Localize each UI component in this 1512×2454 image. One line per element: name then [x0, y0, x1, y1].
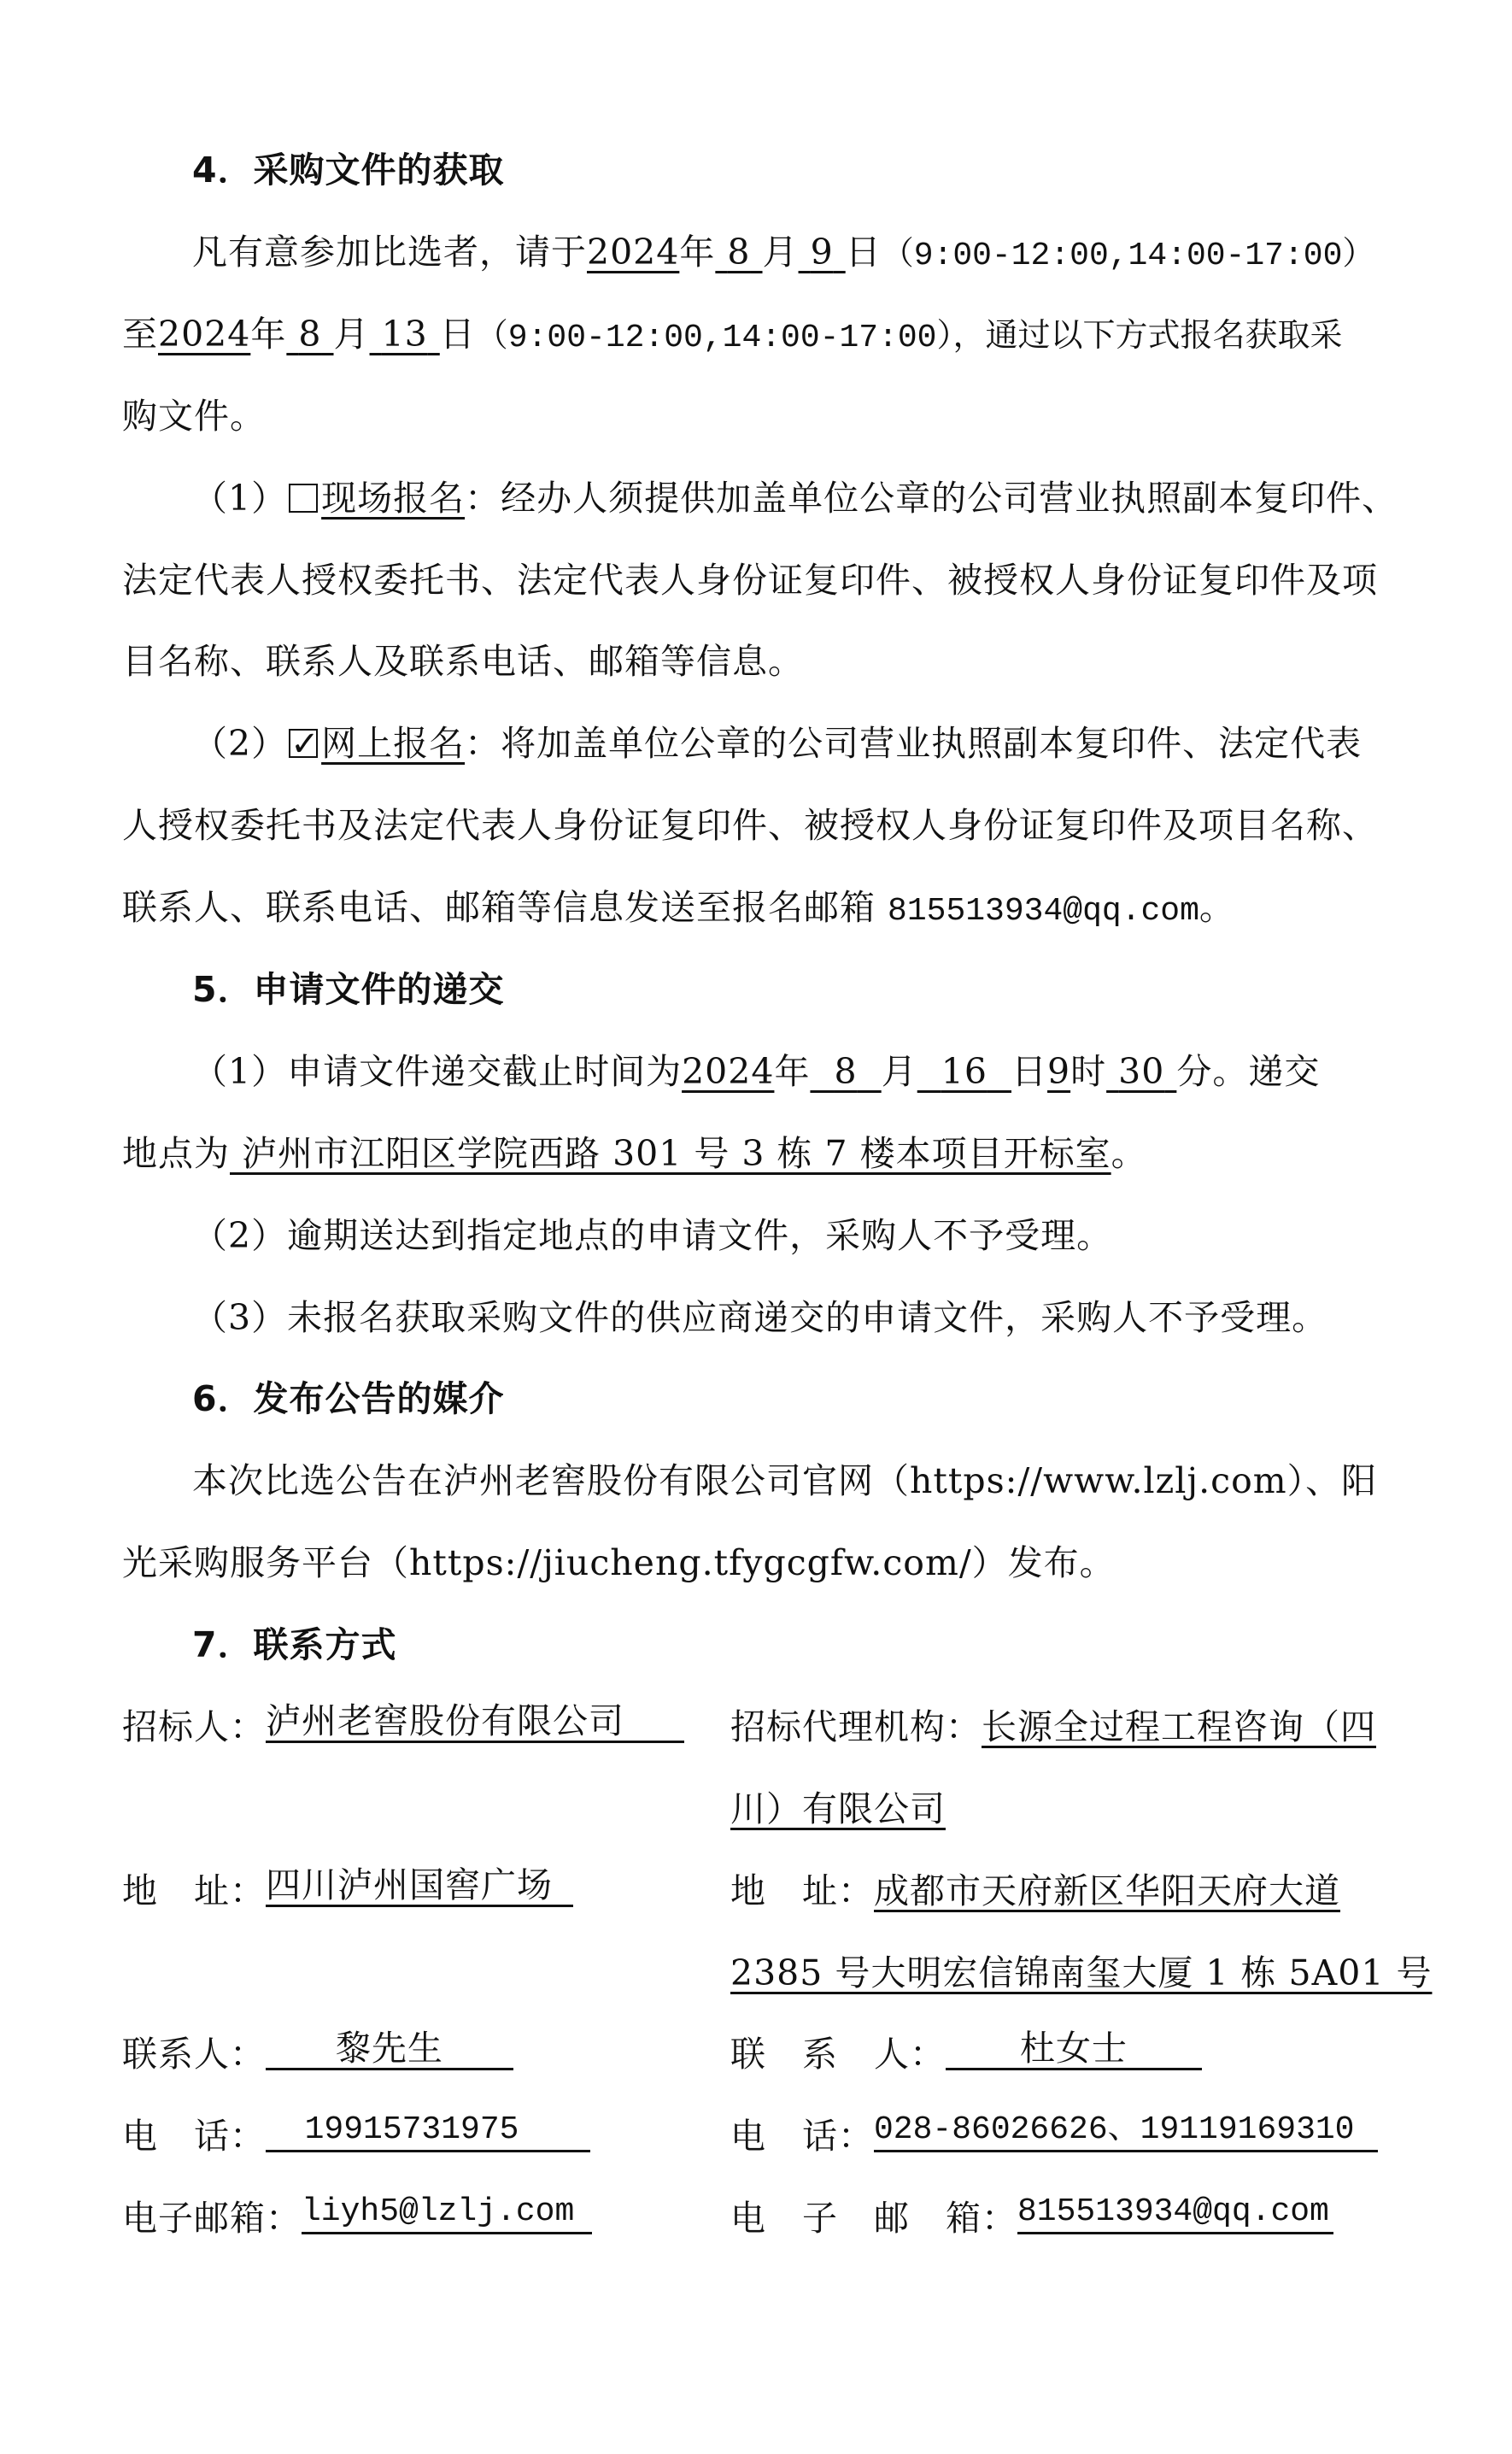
deadline-minute-value: 30 — [1118, 1051, 1164, 1092]
text: 。 — [1199, 887, 1235, 928]
registration-email[interactable]: 815513934@qq.com — [888, 893, 1199, 930]
deadline-year: 2024 — [682, 1051, 774, 1092]
text: 地点为 — [122, 1133, 230, 1174]
deadline-hour: 9 — [1047, 1051, 1070, 1092]
option-online-line-3: 联系人、联系电话、邮箱等信息发送至报名邮箱 815513934@qq.com。 — [122, 882, 1386, 933]
tenderer-email-value[interactable]: liyh5@lzlj.com — [302, 2193, 592, 2234]
field-label: 电 子 邮 箱： — [730, 2198, 1017, 2239]
agency-row: 招标代理机构：长源全过程工程咨询（四 — [730, 1701, 1388, 1752]
text: ：将加盖单位公章的公司营业执照副本复印件、法定代表 — [465, 723, 1362, 764]
s4-para-line-1: 凡有意参加比选者，请于2024年 8 月 9 日（9:00-12:00,14:0… — [192, 226, 1386, 278]
deadline-day-value: 16 — [941, 1051, 987, 1092]
unregistered-note: （3）未报名获取采购文件的供应商递交的申请文件，采购人不予受理。 — [192, 1292, 1386, 1343]
field-label: 招标代理机构： — [730, 1706, 982, 1747]
field-label: 电 话： — [730, 2116, 874, 2157]
text: 月 — [763, 232, 799, 273]
text: 日 — [1011, 1051, 1047, 1092]
agency-contact-value: 杜女士 — [946, 2028, 1202, 2070]
onsite-registration-option[interactable]: 现场报名 — [287, 478, 465, 519]
tenderer-value: 泸州老窖股份有限公司 — [266, 1701, 684, 1743]
agency-address-line-2: 2385 号大明宏信锦南玺大厦 1 栋 5A01 号 — [730, 1952, 1432, 1993]
agency-value-line-2: 川）有限公司 — [730, 1788, 946, 1829]
text: 至 — [122, 314, 158, 355]
deadline-line-2: 地点为 泸州市江阳区学院西路 301 号 3 栋 7 楼本项目开标室。 — [122, 1128, 1386, 1179]
section-4-heading: 4．采购文件的获取 — [192, 144, 1386, 196]
text: 分。递交 — [1176, 1051, 1320, 1092]
phone-number: 19915731975 — [305, 2111, 519, 2148]
end-time: （9:00-12:00,14:00-17:00），通过以下方式报名获取采 — [476, 320, 1343, 356]
deadline-minute: 30 — [1106, 1051, 1176, 1092]
late-submission-note: （2）逾期送达到指定地点的申请文件，采购人不予受理。 — [192, 1210, 1386, 1261]
text: ：经办人须提供加盖单位公章的公司营业执照副本复印件、 — [465, 478, 1398, 519]
tenderer-email-row: 电子邮箱：liyh5@lzlj.com — [122, 2193, 720, 2244]
option-onsite-line-3: 目名称、联系人及联系电话、邮箱等信息。 — [122, 636, 1386, 687]
text: 。 — [1111, 1133, 1147, 1174]
text: 凡有意参加比选者，请于 — [192, 232, 587, 273]
online-registration-option[interactable]: 网上报名 — [287, 723, 465, 764]
s4-para-line-2: 至2024年 8 月 13 日（9:00-12:00,14:00-17:00），… — [122, 308, 1386, 360]
deadline-line-1: （1）申请文件递交截止时间为2024年 8 月 16 日9时 30 分。递交 — [192, 1046, 1386, 1097]
text: 年 — [679, 232, 715, 273]
field-label: 地 址： — [122, 1870, 266, 1911]
media-line-2: 光采购服务平台（https://jiucheng.tfygcgfw.com/）发… — [122, 1537, 1386, 1588]
agency-address-line-1: 成都市天府新区华阳天府大道 — [874, 1870, 1340, 1911]
text: 时 — [1070, 1051, 1106, 1092]
start-month: 8 — [715, 232, 762, 273]
start-month-value: 8 — [727, 232, 750, 273]
field-label: 电 话： — [122, 2116, 266, 2157]
agency-value-line-1: 长源全过程工程咨询（四 — [982, 1706, 1376, 1747]
option-onsite-line-1: （1）现场报名：经办人须提供加盖单位公章的公司营业执照副本复印件、 — [192, 473, 1386, 524]
checkbox-unchecked-icon[interactable] — [289, 484, 318, 513]
option-online-line-2: 人授权委托书及法定代表人身份证复印件、被授权人身份证复印件及项目名称、 — [122, 800, 1386, 851]
agency-address-row-2: 2385 号大明宏信锦南玺大厦 1 栋 5A01 号 — [730, 1947, 1388, 1999]
end-month: 8 — [286, 314, 333, 355]
tenderer-address-value: 四川泸州国窖广场 — [266, 1865, 573, 1907]
option-label: 现场报名 — [321, 478, 465, 519]
text: 年 — [774, 1051, 810, 1092]
tenderer-phone-row: 电 话： 19915731975 — [122, 2111, 720, 2162]
field-label: 联系人： — [122, 2034, 266, 2075]
submission-location: 泸州市江阳区学院西路 301 号 3 栋 7 楼本项目开标室 — [230, 1133, 1111, 1174]
tenderer-contact-value: 黎先生 — [266, 2028, 513, 2070]
start-year: 2024 — [587, 232, 679, 273]
option-online-line-1: （2）网上报名：将加盖单位公章的公司营业执照副本复印件、法定代表 — [192, 718, 1386, 769]
option-number: （2） — [192, 723, 287, 764]
field-label: 地 址： — [730, 1870, 874, 1911]
tenderer-phone-value: 19915731975 — [266, 2111, 590, 2152]
s4-para-line-3: 购文件。 — [122, 390, 1386, 442]
option-onsite-line-2: 法定代表人授权委托书、法定代表人身份证复印件、被授权人身份证复印件及项 — [122, 555, 1386, 606]
option-label: 网上报名 — [321, 723, 465, 764]
agency-email-value[interactable]: 815513934@qq.com — [1017, 2193, 1333, 2234]
deadline-day: 16 — [917, 1051, 1011, 1092]
tenderer-address-row: 地 址： 四川泸州国窖广场 — [122, 1865, 720, 1917]
start-time: （9:00-12:00,14:00-17:00） — [882, 238, 1375, 274]
start-day-value: 9 — [811, 232, 834, 273]
text: 日 — [846, 232, 882, 273]
deadline-month: 8 — [810, 1051, 881, 1092]
text: （1）申请文件递交截止时间为 — [192, 1051, 682, 1092]
section-6-heading: 6．发布公告的媒介 — [192, 1373, 1386, 1424]
field-label: 招标人： — [122, 1706, 266, 1747]
section-7-heading: 7．联系方式 — [192, 1619, 1386, 1670]
end-day: 13 — [370, 314, 440, 355]
field-label: 联 系 人： — [730, 2034, 946, 2075]
text: 月 — [882, 1051, 917, 1092]
agency-row-2: 川）有限公司 — [730, 1783, 1388, 1835]
agency-contact-row: 联 系 人：杜女士 — [730, 2028, 1388, 2080]
field-label: 电子邮箱： — [122, 2198, 302, 2239]
checkbox-checked-icon[interactable] — [289, 729, 318, 758]
agency-address-row: 地 址：成都市天府新区华阳天府大道 — [730, 1865, 1388, 1917]
end-month-value: 8 — [298, 314, 321, 355]
agency-phone-row: 电 话：028-86026626、19119169310 — [730, 2111, 1388, 2162]
end-year: 2024 — [158, 314, 250, 355]
section-5-heading: 5．申请文件的递交 — [192, 964, 1386, 1015]
text: 联系人、联系电话、邮箱等信息发送至报名邮箱 — [122, 887, 888, 928]
text: 年 — [250, 314, 286, 355]
deadline-month-value: 8 — [835, 1051, 858, 1092]
tenderer-row: 招标人：泸州老窖股份有限公司 — [122, 1701, 720, 1752]
media-line-1: 本次比选公告在泸州老窖股份有限公司官网（https://www.lzlj.com… — [192, 1455, 1386, 1506]
end-day-value: 13 — [382, 314, 428, 355]
agency-phone-value: 028-86026626、19119169310 — [874, 2111, 1378, 2152]
start-day: 9 — [799, 232, 846, 273]
option-number: （1） — [192, 478, 287, 519]
text: 月 — [334, 314, 370, 355]
tenderer-contact-row: 联系人：黎先生 — [122, 2028, 720, 2080]
agency-email-row: 电 子 邮 箱：815513934@qq.com — [730, 2193, 1388, 2244]
text: 日 — [440, 314, 476, 355]
